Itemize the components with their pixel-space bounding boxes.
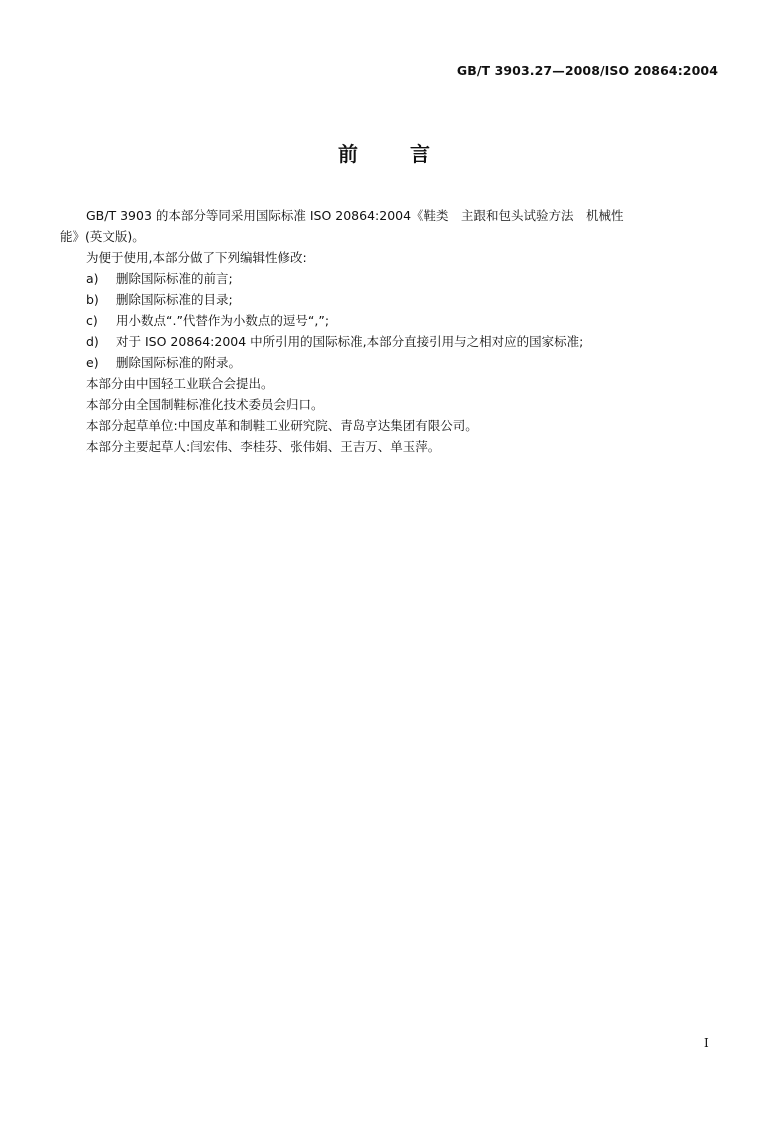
list-item-label: c) <box>86 310 116 331</box>
list-item-label: d) <box>86 331 116 352</box>
list-item-label: a) <box>86 268 116 289</box>
drafting-units-paragraph: 本部分起草单位:中国皮革和制鞋工业研究院、青岛亨达集团有限公司。 <box>86 415 722 436</box>
page-number: I <box>704 1036 709 1050</box>
list-item: b) 删除国际标准的目录; <box>86 289 722 310</box>
list-item: d) 对于 ISO 20864:2004 中所引用的国际标准,本部分直接引用与之… <box>86 331 722 352</box>
list-item-text: 用小数点“.”代替作为小数点的逗号“,”; <box>116 310 329 331</box>
list-item-label: b) <box>86 289 116 310</box>
list-item-text: 删除国际标准的前言; <box>116 268 233 289</box>
intro-line-1: GB/T 3903 的本部分等同采用国际标准 ISO 20864:2004《鞋类… <box>86 205 722 226</box>
drafters-paragraph: 本部分主要起草人:闫宏伟、李桂芬、张伟娟、王吉万、单玉萍。 <box>86 436 722 457</box>
title-char-2: 言 <box>410 138 430 167</box>
foreword-body: GB/T 3903 的本部分等同采用国际标准 ISO 20864:2004《鞋类… <box>86 205 722 457</box>
proposed-by-paragraph: 本部分由中国轻工业联合会提出。 <box>86 373 722 394</box>
list-item-text: 对于 ISO 20864:2004 中所引用的国际标准,本部分直接引用与之相对应… <box>116 331 583 352</box>
standard-code-header: GB/T 3903.27—2008/ISO 20864:2004 <box>457 63 718 78</box>
list-item: c) 用小数点“.”代替作为小数点的逗号“,”; <box>86 310 722 331</box>
list-item-text: 删除国际标准的附录。 <box>116 352 241 373</box>
list-item-text: 删除国际标准的目录; <box>116 289 233 310</box>
intro-line-2: 能》(英文版)。 <box>60 226 722 247</box>
title-char-1: 前 <box>338 138 358 167</box>
list-item: a) 删除国际标准的前言; <box>86 268 722 289</box>
list-item-label: e) <box>86 352 116 373</box>
centralized-by-paragraph: 本部分由全国制鞋标准化技术委员会归口。 <box>86 394 722 415</box>
intro-paragraph: GB/T 3903 的本部分等同采用国际标准 ISO 20864:2004《鞋类… <box>86 205 722 247</box>
modifications-intro: 为便于使用,本部分做了下列编辑性修改: <box>86 247 722 268</box>
list-item: e) 删除国际标准的附录。 <box>86 352 722 373</box>
page-title: 前言 <box>0 138 768 167</box>
